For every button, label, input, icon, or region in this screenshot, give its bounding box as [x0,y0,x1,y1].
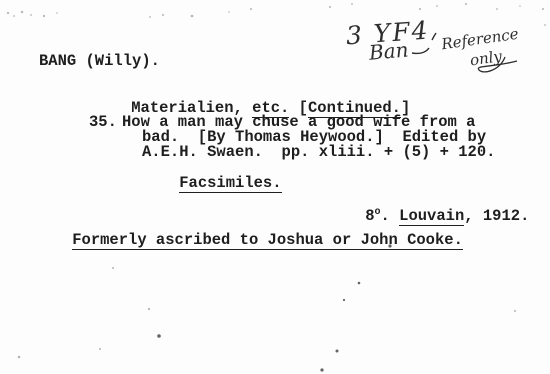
attribution-note: Formerly ascribed to Joshua or John Cook… [35,217,463,264]
facsimiles-underlined: Facsimiles. [179,174,281,194]
only-text: only [469,47,504,69]
entry-title-line-3: A.E.H. Swaen. pp. xliii. + (5) + 120. [142,145,495,161]
catalog-card: BANG (Willy). Materialien, etc. [Continu… [0,0,550,374]
only-flourish-stroke [478,57,517,72]
ban-tail-stroke [412,48,429,53]
pen-tick-stroke [432,33,436,40]
imprint-date: , 1912. [464,207,529,225]
attribution-note-text: Formerly ascribed to Joshua or John Cook… [72,231,463,251]
entry-number: 35. [89,115,117,131]
shelfmark-code-text: 3 YF4 [345,16,430,51]
heading-author: BANG (Willy). [39,54,160,70]
entry-title-line-4: Facsimiles. [142,160,282,207]
shelfmark-ban-text: Ban [367,37,409,64]
reference-text: Reference [439,25,519,54]
